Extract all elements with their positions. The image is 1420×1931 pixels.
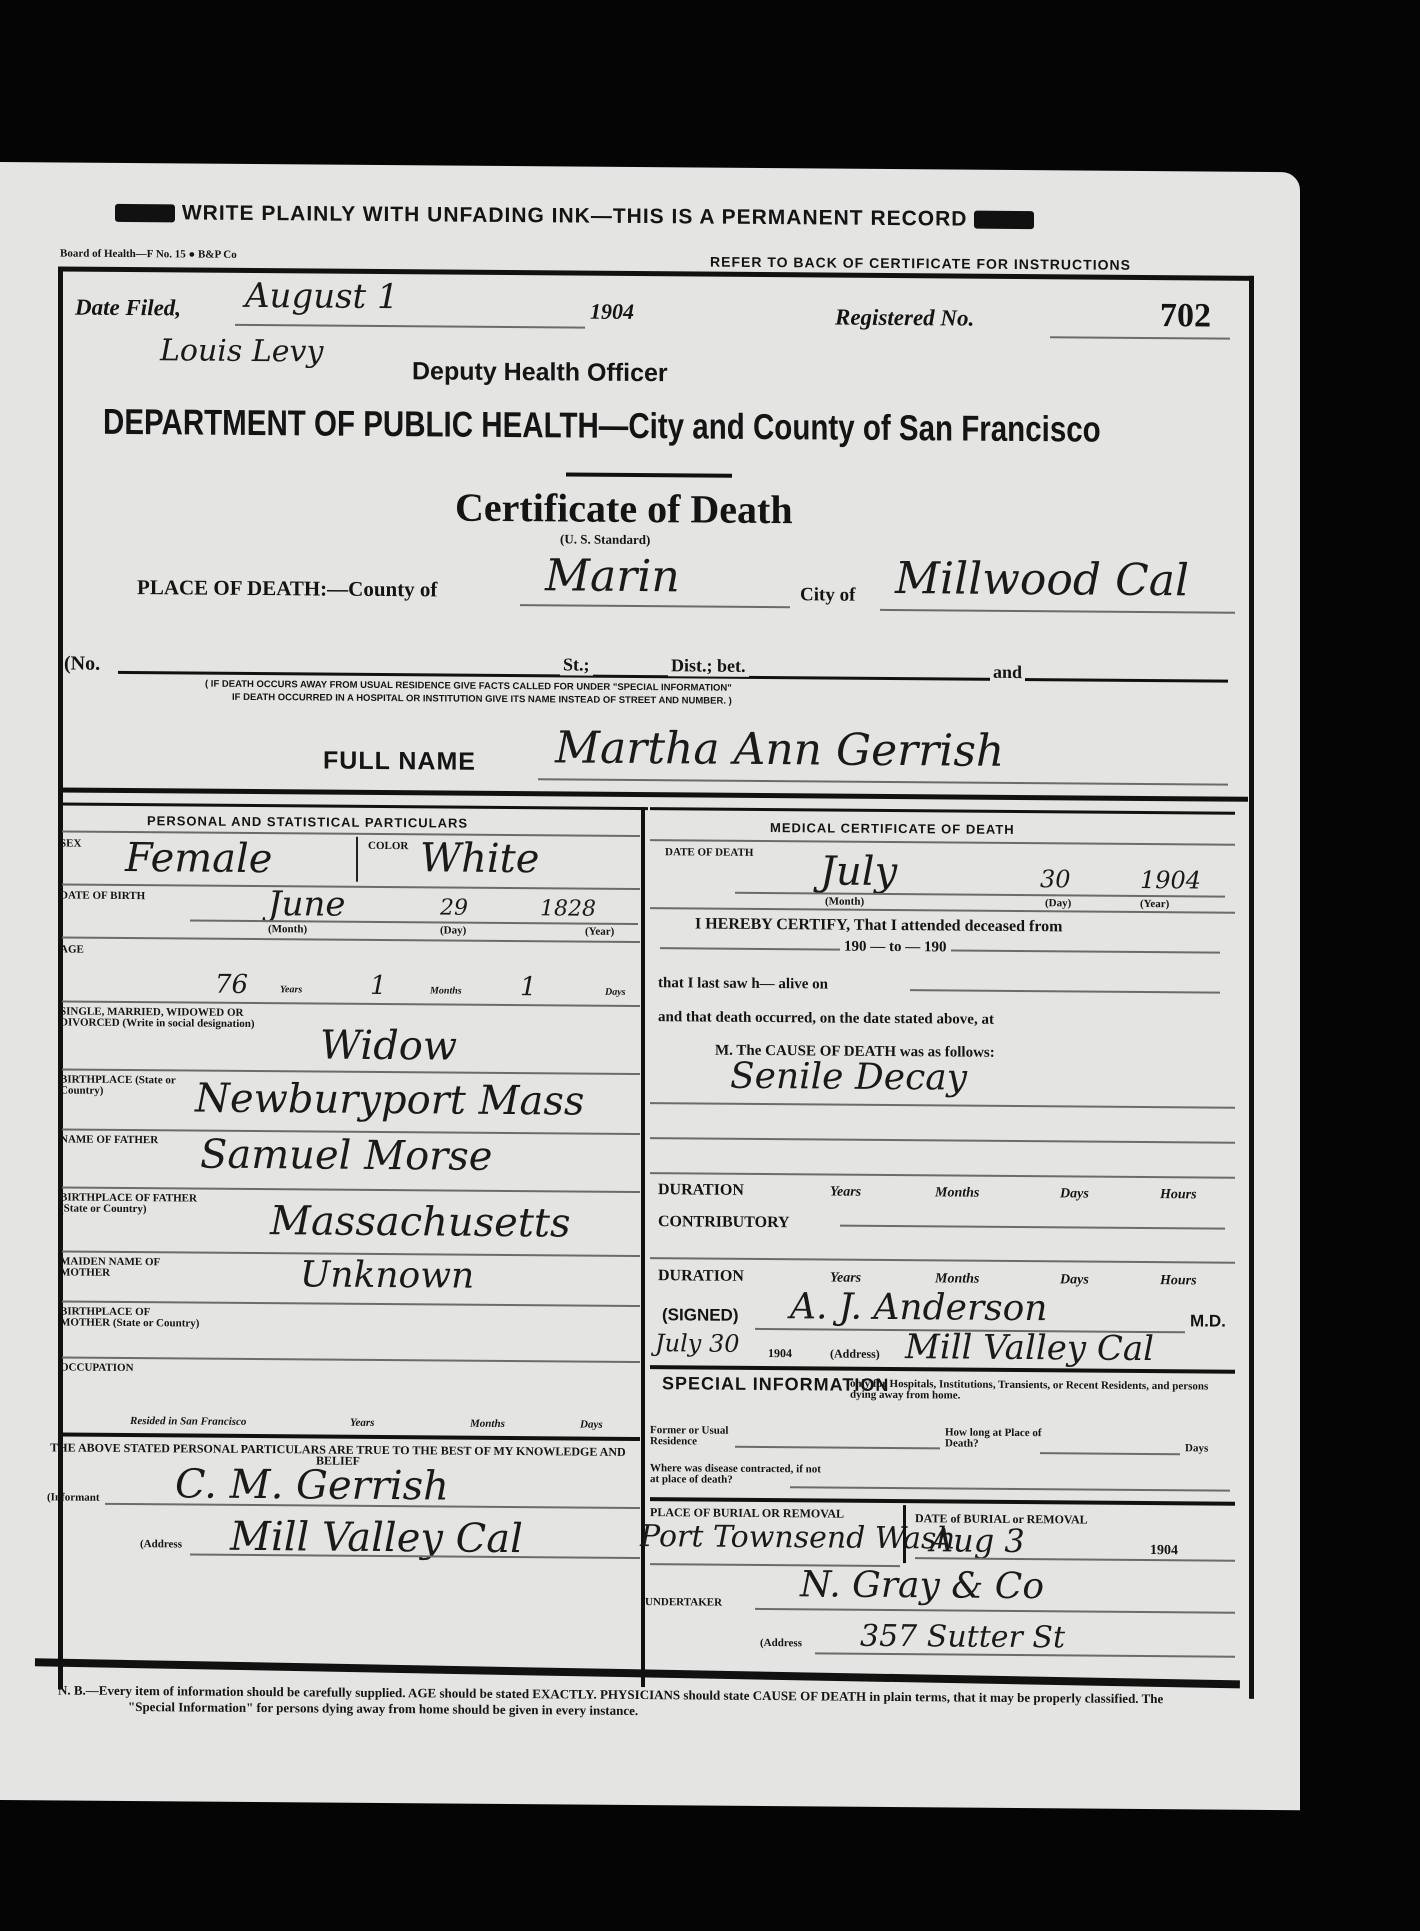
dod-day[interactable]: 30 (1040, 865, 1071, 893)
age-days[interactable]: 1 (520, 972, 537, 1002)
date-filed-label: Date Filed, (75, 295, 181, 322)
full-name-label: FULL NAME (323, 747, 476, 777)
officer-signature: Louis Levy (160, 333, 323, 369)
signed-date[interactable]: July 30 (655, 1329, 739, 1358)
duration-2-label: DURATION (658, 1267, 744, 1286)
contributory-label: CONTRIBUTORY (658, 1213, 790, 1232)
officer-title: Deputy Health Officer (412, 357, 668, 388)
column-divider (641, 807, 645, 1687)
personal-heading: PERSONAL AND STATISTICAL PARTICULARS (147, 813, 468, 831)
dod-month[interactable]: July (820, 848, 897, 895)
burial-year: 1904 (1150, 1543, 1178, 1559)
pointing-hand-icon (115, 204, 175, 222)
color-value[interactable]: White (420, 835, 539, 882)
burial-date[interactable]: Aug 3 (930, 1521, 1025, 1560)
street-no-label: (No. (64, 653, 100, 676)
medical-heading: MEDICAL CERTIFICATE OF DEATH (770, 820, 1015, 837)
certificate-title: Certificate of Death (455, 484, 793, 534)
department-title: DEPARTMENT OF PUBLIC HEALTH—City and Cou… (103, 401, 1101, 451)
dob-month[interactable]: June (268, 884, 346, 925)
duration-label: DURATION (658, 1181, 744, 1200)
date-filed-value[interactable]: August 1 (245, 276, 399, 317)
age-years[interactable]: 76 (215, 970, 248, 1000)
dod-year[interactable]: 1904 (1140, 866, 1201, 894)
full-name-value[interactable]: Martha Ann Gerrish (555, 722, 1004, 777)
father-value[interactable]: Samuel Morse (200, 1132, 492, 1180)
physician-address[interactable]: Mill Valley Cal (905, 1327, 1154, 1369)
certify-statement: I HEREBY CERTIFY, That I attended deceas… (695, 915, 1062, 936)
cause-of-death-value[interactable]: Senile Decay (730, 1056, 967, 1099)
dob-day[interactable]: 29 (440, 895, 468, 920)
city-value[interactable]: Millwood Cal (895, 553, 1189, 606)
certificate-paper: WRITE PLAINLY WITH UNFADING INK—THIS IS … (0, 162, 1300, 1810)
dob-year[interactable]: 1828 (540, 896, 596, 921)
pointing-hand-icon (974, 211, 1034, 229)
instructions-note: REFER TO BACK OF CERTIFICATE FOR INSTRUC… (710, 254, 1131, 273)
informant-value[interactable]: C. M. Gerrish (175, 1461, 449, 1509)
form-id: Board of Health—F No. 15 ● B&P Co (60, 247, 237, 260)
age-months[interactable]: 1 (370, 971, 387, 1001)
banner: WRITE PLAINLY WITH UNFADING INK—THIS IS … (115, 201, 1034, 232)
physician-signature[interactable]: A. J. Anderson (790, 1286, 1047, 1329)
undertaker-address[interactable]: 357 Sutter St (860, 1619, 1065, 1656)
date-filed-year: 1904 (590, 299, 634, 325)
undertaker-value[interactable]: N. Gray & Co (800, 1564, 1044, 1607)
mother-value[interactable]: Unknown (300, 1254, 474, 1296)
registered-label: Registered No. (835, 305, 974, 332)
city-label: City of (800, 584, 855, 606)
county-value[interactable]: Marin (545, 550, 680, 602)
burial-place-value[interactable]: Port Townsend Wash (640, 1519, 956, 1556)
standard-note: (U. S. Standard) (560, 531, 650, 548)
marital-value[interactable]: Widow (320, 1023, 457, 1070)
sex-value[interactable]: Female (125, 835, 272, 882)
birthplace-value[interactable]: Newburyport Mass (195, 1076, 584, 1125)
place-of-death-label: PLACE OF DEATH:—County of (137, 575, 437, 602)
father-birthplace-value[interactable]: Massachusetts (270, 1198, 571, 1246)
registered-number[interactable]: 702 (1160, 297, 1211, 335)
